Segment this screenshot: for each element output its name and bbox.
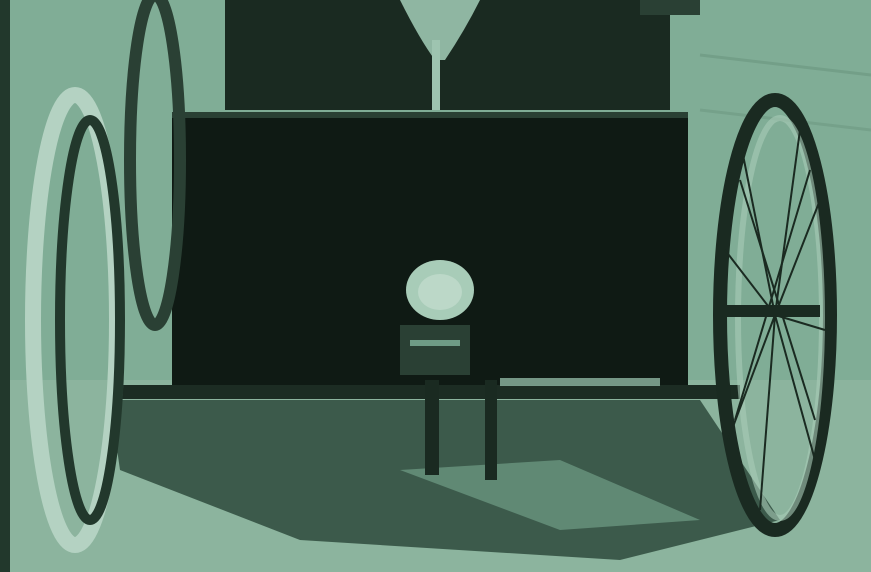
photograph: [0, 0, 871, 572]
vintage-car-photo: [0, 0, 871, 572]
